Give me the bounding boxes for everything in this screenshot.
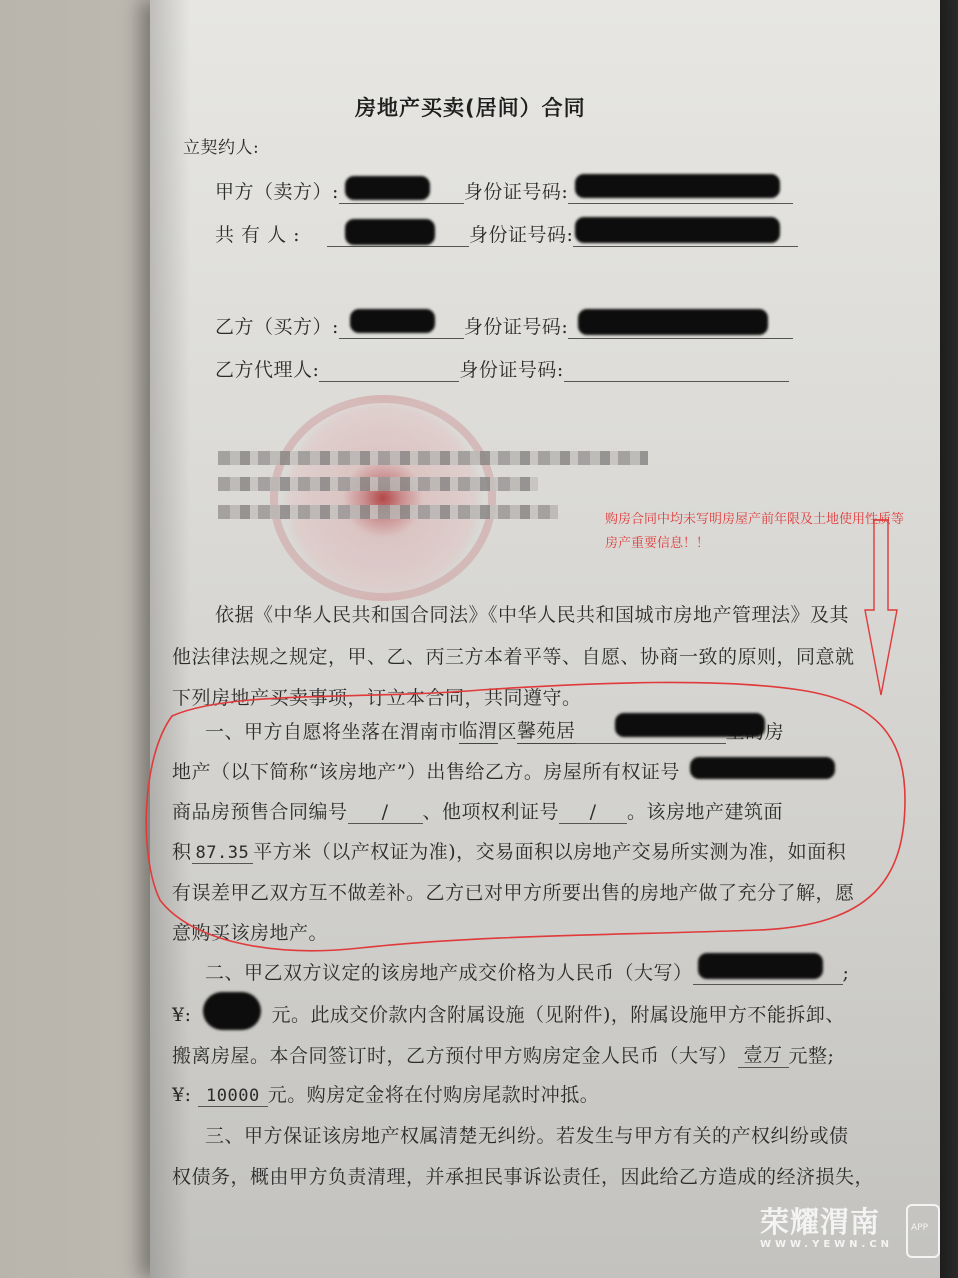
- phone-app-icon: APP: [906, 1204, 940, 1258]
- highlight-ellipse: [146, 682, 905, 950]
- arrow-down-icon: [865, 520, 897, 695]
- watermark-title: 荣耀渭南: [760, 1200, 893, 1241]
- annotation-overlay: [0, 0, 958, 1278]
- watermark-url: WWW.YEWN.CN: [760, 1239, 893, 1250]
- app-label: APP: [911, 1223, 928, 1233]
- watermark-logo: 荣耀渭南 WWW.YEWN.CN APP: [760, 1200, 893, 1250]
